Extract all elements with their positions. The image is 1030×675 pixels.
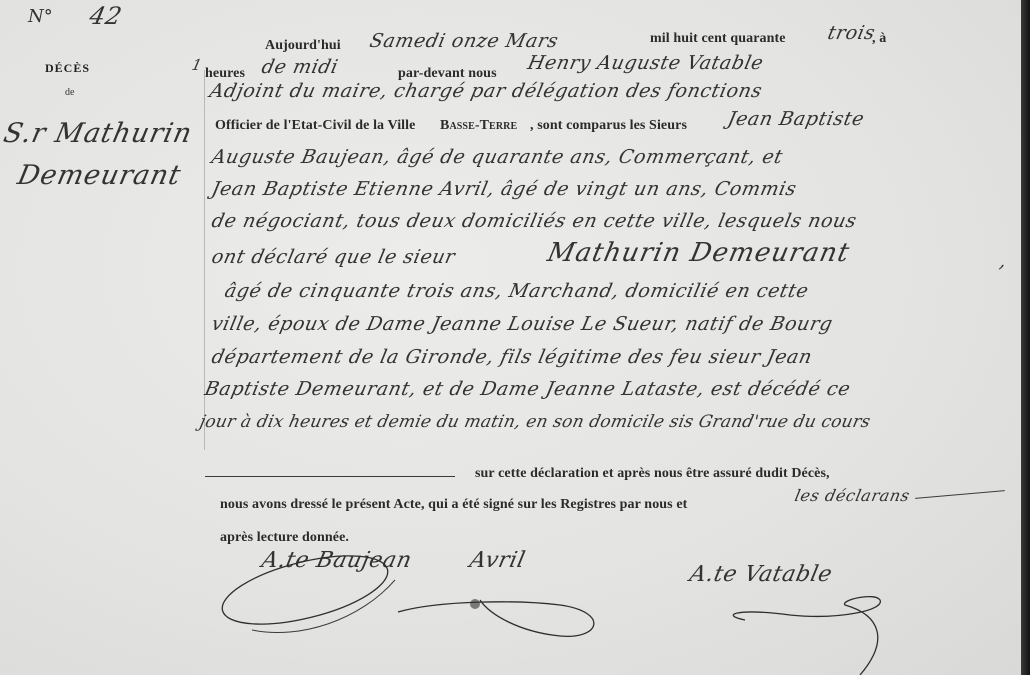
signature-flourishes-icon [0,0,1021,675]
binding-edge [1021,0,1030,675]
register-page: N° 42 DÉCÈS de S.r Mathurin Demeurant Au… [0,0,1021,675]
